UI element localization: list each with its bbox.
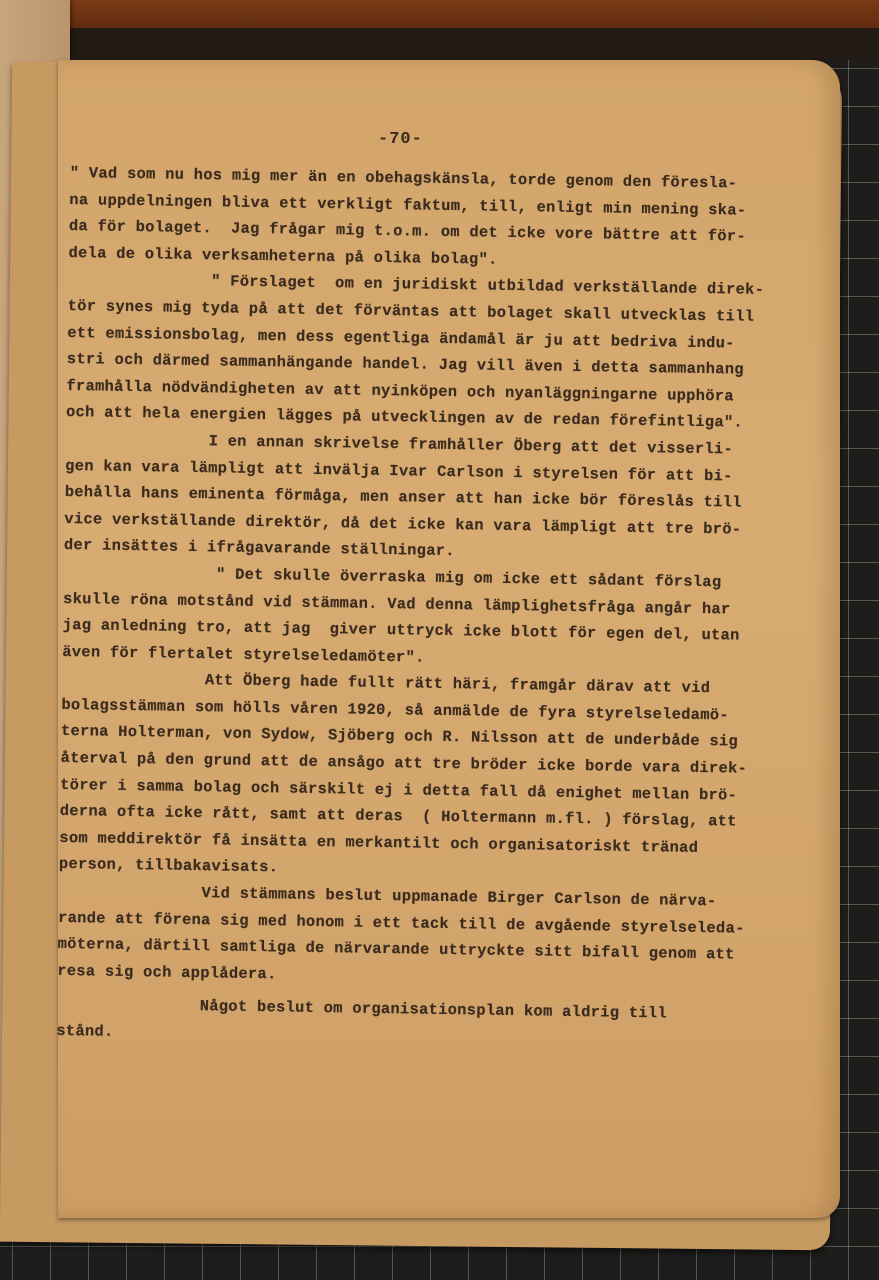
paragraph: " Förslaget om en juridiskt utbildad ver… [66,266,813,437]
paragraph: " Det skulle överraska mig om icke ett s… [62,559,809,677]
paragraph: I en annan skrivelse framhåller Öberg at… [64,426,811,571]
paragraph: " Vad som nu hos mig mer än en obehagskä… [68,160,815,278]
paragraph: Vid stämmans beslut uppmanade Birger Car… [57,878,804,996]
bleed-through-text [138,1120,838,1146]
typewritten-body: " Vad som nu hos mig mer än en obehagskä… [56,160,815,1056]
page-number: -70- [378,130,423,149]
wooden-table-edge [0,0,879,30]
paragraph: Att Öberg hade fullt rätt häri, framgår … [59,665,807,889]
